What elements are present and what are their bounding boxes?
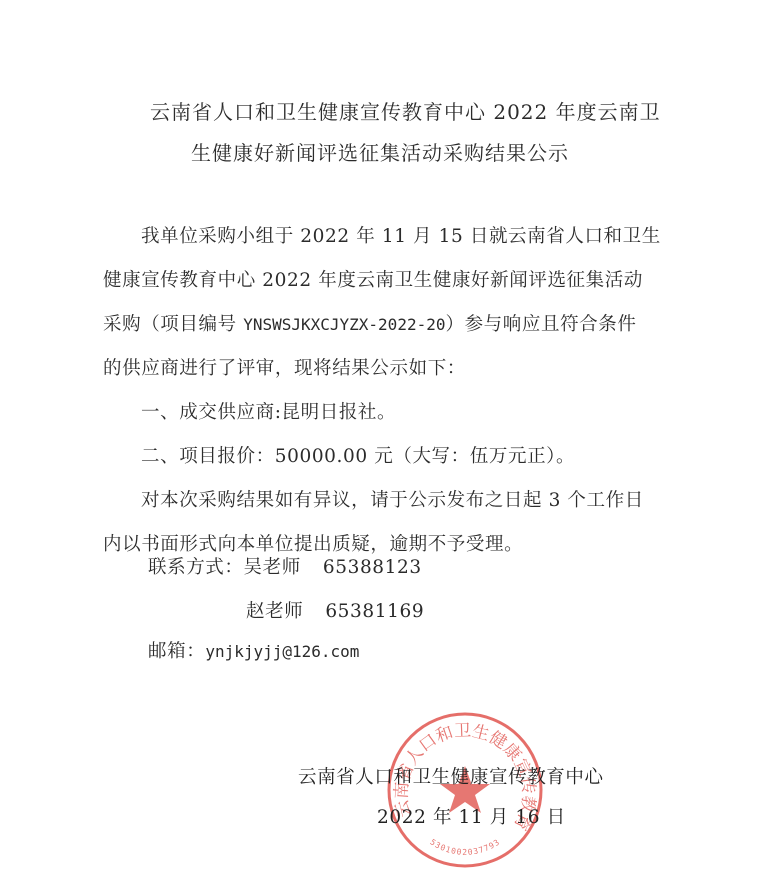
email-line: 邮箱：ynjkjyjj@126.com bbox=[148, 637, 359, 663]
svg-text:5301002037793: 5301002037793 bbox=[428, 837, 501, 857]
email-address: ynjkjyjj@126.com bbox=[205, 642, 359, 661]
email-label: 邮箱： bbox=[148, 641, 205, 662]
intro-line-4: 的供应商进行了评审，现将结果公示如下： bbox=[103, 354, 466, 380]
signature-organization: 云南省人口和卫生健康宣传教育中心 bbox=[298, 763, 604, 789]
contact-line-2: 赵老师65381169 bbox=[246, 597, 424, 623]
contact-line-1: 联系方式：吴老师65388123 bbox=[148, 553, 422, 579]
contact-name-1: 吴老师 bbox=[244, 557, 301, 578]
document-title-line-1: 云南省人口和卫生健康宣传教育中心 2022 年度云南卫 bbox=[150, 96, 770, 125]
intro-line-2: 健康宣传教育中心 2022 年度云南卫生健康好新闻评选征集活动 bbox=[103, 266, 643, 292]
intro-line-3: 采购（项目编号 YNSWSJKXCJYZX-2022-20）参与响应且符合条件 bbox=[103, 310, 637, 336]
seal-serial-text: 5301002037793 bbox=[428, 837, 501, 857]
item-price-prefix: 二、项目报价： bbox=[141, 446, 275, 467]
project-code: YNSWSJKXCJYZX-2022-20 bbox=[243, 315, 445, 334]
contact-phone-1: 65388123 bbox=[323, 557, 422, 578]
intro-line-3-suffix: ）参与响应且符合条件 bbox=[445, 314, 636, 335]
contact-name-2: 赵老师 bbox=[246, 601, 303, 622]
contact-label: 联系方式： bbox=[148, 557, 244, 578]
contact-phone-2: 65381169 bbox=[325, 601, 424, 622]
intro-line-3-prefix: 采购（项目编号 bbox=[103, 314, 243, 335]
document-title-line-2: 生健康好新闻评选征集活动采购结果公示 bbox=[191, 137, 770, 166]
item-price-amount: 50000.00 bbox=[275, 446, 368, 467]
official-seal-icon: 云南省人口和卫生健康宣传教育中心 5301002037793 bbox=[385, 710, 545, 870]
item-price: 二、项目报价：50000.00 元（大写：伍万元正）。 bbox=[141, 442, 575, 468]
item-supplier: 一、成交供应商:昆明日报社。 bbox=[141, 398, 396, 424]
objection-line-1: 对本次采购结果如有异议，请于公示发布之日起 3 个工作日 bbox=[141, 486, 644, 512]
signature-date: 2022 年 11 月 16 日 bbox=[377, 803, 566, 829]
intro-line-1: 我单位采购小组于 2022 年 11 月 15 日就云南省人口和卫生 bbox=[141, 222, 661, 248]
document-page: 云南省人口和卫生健康宣传教育中心 2022 年度云南卫 生健康好新闻评选征集活动… bbox=[0, 0, 770, 895]
item-price-suffix: 元（大写：伍万元正）。 bbox=[368, 446, 575, 467]
